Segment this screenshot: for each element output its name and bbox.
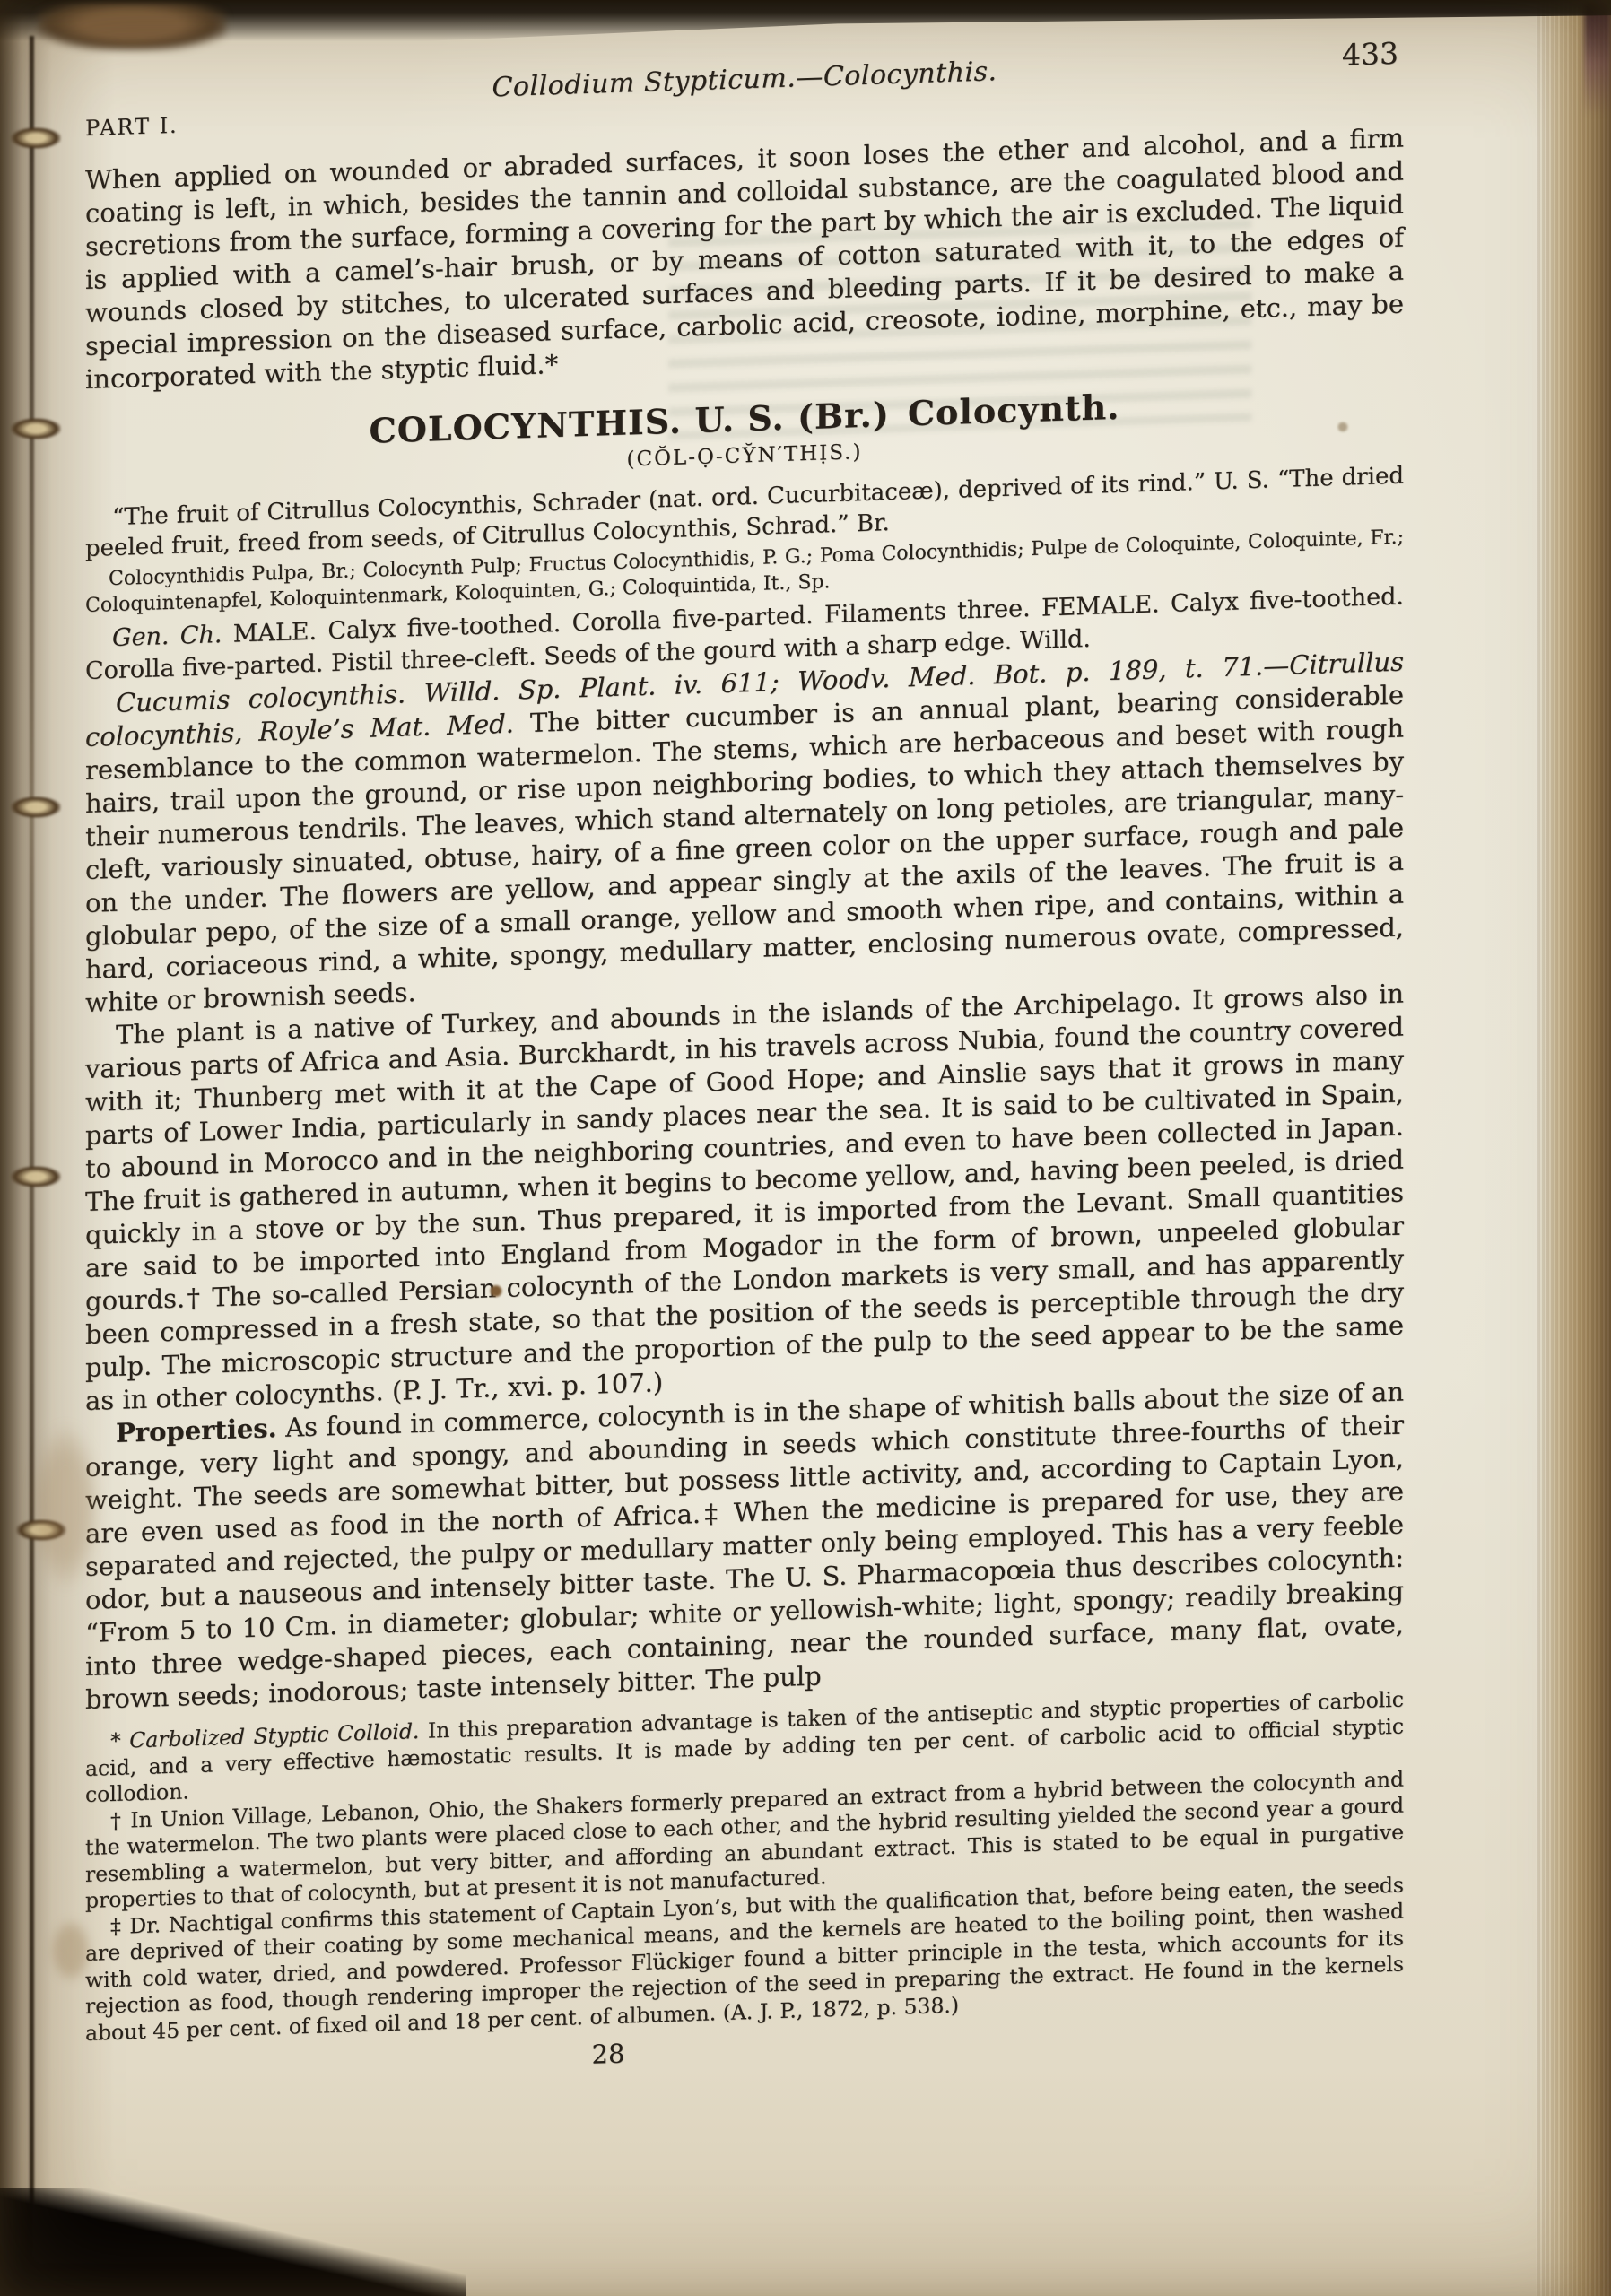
scan-vignette — [0, 0, 1611, 2296]
scanned-page: Collodium Stypticum.—Colocynthis. 433 PA… — [0, 0, 1611, 2296]
